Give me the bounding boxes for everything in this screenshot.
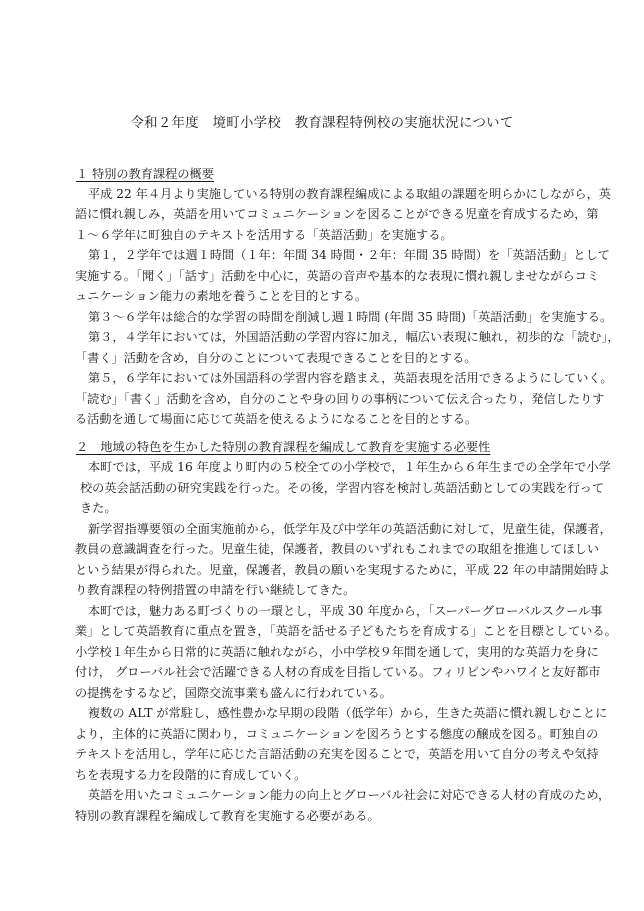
section-2-heading: ２ 地域の特色を生かした特別の教育課程を編成して教育を実施する必要性: [76, 439, 490, 455]
section-1-line: ュニケーション能力の素地を養うことを目的とする。: [75, 288, 569, 304]
section-1-line: 第５，６学年においては外国語科の学習内容を踏まえ，英語表現を活用できるようにして…: [88, 370, 569, 386]
section-1-line: 「読む」「書く」活動を含め，自分のことや身の回りの事柄について伝え合ったり，発信…: [75, 391, 569, 407]
section-1-heading: １ 特別の教育課程の概要: [76, 166, 214, 182]
section-1-line: 第１，２学年では週１時間（１年：年間 34 時間・２年：年間 35 時間）を「英…: [88, 247, 569, 263]
section-1-line: 平成 22 年４月より実施している特別の教育課程編成による取組の課題を明らかにし…: [88, 186, 569, 202]
section-2-line: 特別の教育課程を編成して教育を実施する必要がある。: [75, 808, 569, 824]
section-2-line: 新学習指導要領の全面実施前から，低学年及び中学年の英語活動に対して，児童生徒，保…: [88, 521, 569, 537]
document-title: 令和２年度 境町小学校 教育課程特例校の実施状況について: [0, 112, 644, 131]
section-2-line: 複数の ALT が常駐し，感性豊かな早期の段階（低学年）から，生きた英語に慣れ親…: [88, 705, 569, 721]
section-2-line: 本町では，魅力ある町づくりの一環とし，平成 30 年度から，「スーパーグローバル…: [88, 603, 569, 619]
section-2-line: ちを表現する力を段階的に育成していく。: [75, 767, 569, 783]
section-2-line: 業」として英語教育に重点を置き，「英語を話せる子どもたちを育成する」ことを目標と…: [75, 623, 569, 639]
section-1-line: 語に慣れ親しみ，英語を用いてコミュニケーションを図ることができる児童を育成するた…: [75, 206, 569, 222]
section-2-line: より，主体的に英語に関わり，コミュニケーションを図ろうとする態度の醸成を図る。町…: [75, 726, 569, 742]
section-2-line: 英語を用いたコミュニケーション能力の向上とグローバル社会に対応できる人材の育成の…: [88, 787, 569, 803]
section-2-line: テキストを活用し，学年に応じた言語活動の充実を図ることで，英語を用いて自分の考え…: [75, 746, 569, 762]
section-2-line: 校の英会話活動の研究実践を行った。その後，学習内容を検討し英語活動としての実践を…: [80, 480, 569, 496]
section-1-line: １～６学年に町独自のテキストを活用する「英語活動」を実施する。: [75, 227, 569, 243]
section-1-line: 第３～６学年は総合的な学習の時間を削減し週１時間 (年間 35 時間)「英語活動…: [88, 309, 569, 325]
document-page: 令和２年度 境町小学校 教育課程特例校の実施状況について １ 特別の教育課程の概…: [0, 0, 644, 911]
section-2-line: 本町では，平成 16 年度より町内の５校全ての小学校で，１年生から６年生までの全…: [88, 459, 569, 475]
section-2-line: 小学校１年生から日常的に英語に触れながら，小中学校９年間を通して，実用的な英語力…: [75, 644, 569, 660]
section-2-line: 付け， グローバル社会で活躍できる人材の育成を目指している。フィリピンやハワイと…: [75, 664, 569, 680]
section-1-line: 実施する。「聞く」「話す」活動を中心に，英語の音声や基本的な表現に慣れ親しませな…: [75, 268, 569, 284]
section-2-line: 教員の意識調査を行った。児童生徒，保護者，教員のいずれもこれまでの取組を推進して…: [75, 541, 569, 557]
section-1-line: 「書く」活動を含め，自分のことについて表現できることを目的とする。: [75, 350, 569, 366]
section-1-line: 第３，４学年においては，外国語活動の学習内容に加え，幅広い表現に触れ，初歩的な「…: [88, 329, 569, 345]
section-2-line: という結果が得られた。児童，保護者，教員の願いを実現するために，平成 22 年の…: [75, 562, 569, 578]
section-2-line: きた。: [80, 500, 569, 516]
section-2-line: り教育課程の特例措置の申請を行い継続してきた。: [75, 582, 569, 598]
section-2-line: の提携をするなど，国際交流事業も盛んに行われている。: [75, 685, 569, 701]
section-1-line: る活動を通して場面に応じて英語を使えるようになることを目的とする。: [75, 411, 569, 427]
